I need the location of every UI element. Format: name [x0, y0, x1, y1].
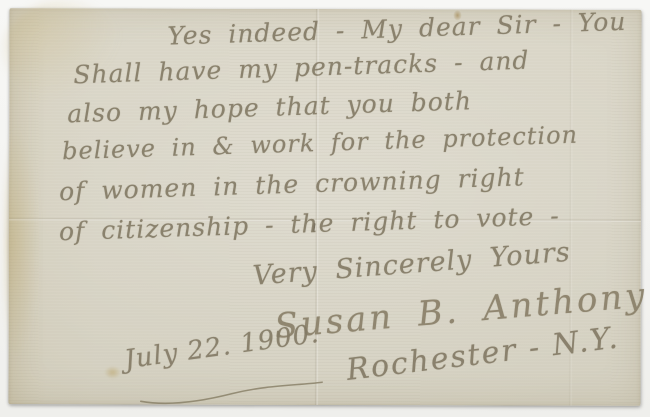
stain-spot-bottom-left — [105, 366, 121, 378]
letter-body-line-1: Yes indeed - My dear Sir - You — [167, 7, 627, 51]
date-underline-flourish — [136, 376, 327, 409]
letter-body-line-3: also my hope that you both — [67, 86, 473, 128]
letter-closing: Very Sincerely Yours — [252, 237, 572, 292]
letter-paper: Yes indeed - My dear Sir - You Shall hav… — [8, 8, 641, 406]
scan-background: Yes indeed - My dear Sir - You Shall hav… — [0, 0, 650, 417]
stain-left-edge — [5, 128, 40, 358]
letter-body-line-2: Shall have my pen-tracks - and — [73, 46, 530, 90]
letter-body-line-5: of women in the crowning right — [59, 162, 526, 206]
letter-body-line-4: believe in & work for the protection — [62, 121, 579, 166]
letter-body-line-6: of citizenship - the right to vote - — [58, 201, 560, 246]
letter-date: July 22. 1900. — [123, 319, 322, 376]
